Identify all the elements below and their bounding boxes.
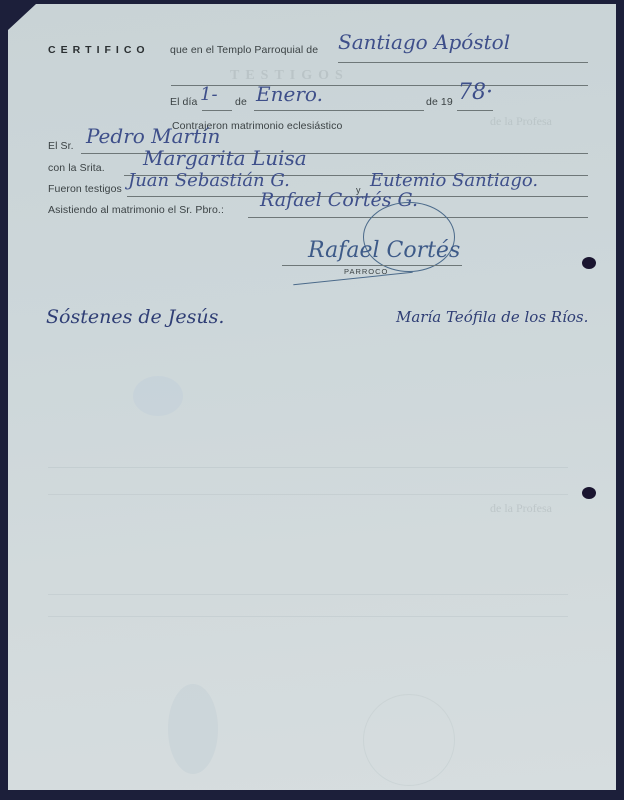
- ghost-side-label: de la Profesa: [490, 114, 552, 129]
- certifico-heading: CERTIFICO: [48, 44, 150, 56]
- punch-hole-bottom: [582, 487, 596, 499]
- day-label: El día: [170, 96, 197, 108]
- witness-2-value: Eutemio Santiago.: [370, 170, 538, 191]
- ghost-line: [48, 616, 568, 617]
- witness-1-value: Juan Sebastián G.: [128, 170, 290, 191]
- ghost-seal: [168, 684, 218, 774]
- ghost-line: [48, 467, 568, 468]
- priest-label: Asistiendo al matrimonio el Sr. Pbro.:: [48, 204, 224, 216]
- signature-line: [282, 265, 462, 266]
- annotation-right: María Teófila de los Ríos.: [396, 308, 588, 326]
- signature-value: Rafael Cortés: [308, 238, 460, 263]
- ghost-seal: [133, 376, 183, 416]
- month-value: Enero.: [256, 82, 323, 106]
- temple-label: que en el Templo Parroquial de: [170, 44, 318, 56]
- year-label: de 19: [426, 96, 453, 108]
- ghost-side-label-2: de la Profesa: [490, 501, 552, 516]
- witnesses-label: Fueron testigos: [48, 183, 122, 195]
- year-line: [457, 110, 493, 111]
- punch-hole-top: [582, 257, 596, 269]
- temple-line: [338, 62, 588, 63]
- month-label: de: [235, 96, 247, 108]
- annotation-left: Sóstenes de Jesús.: [46, 306, 224, 328]
- ghost-line: [48, 494, 568, 495]
- ghost-line: [48, 594, 568, 595]
- temple-line-2: [171, 85, 588, 86]
- month-line: [254, 110, 424, 111]
- bride-value: Margarita Luisa: [143, 146, 307, 170]
- temple-value: Santiago Apóstol: [338, 30, 510, 54]
- ghost-seal: [363, 694, 455, 786]
- certificate-paper: TESTIGOS de la Profesa de la Profesa CER…: [8, 4, 616, 790]
- day-line: [202, 110, 232, 111]
- bride-label: con la Srita.: [48, 162, 105, 174]
- year-value: 78·: [458, 80, 493, 105]
- groom-value: Pedro Martín: [86, 124, 220, 148]
- day-value: 1-: [200, 84, 218, 105]
- groom-label: El Sr.: [48, 140, 74, 152]
